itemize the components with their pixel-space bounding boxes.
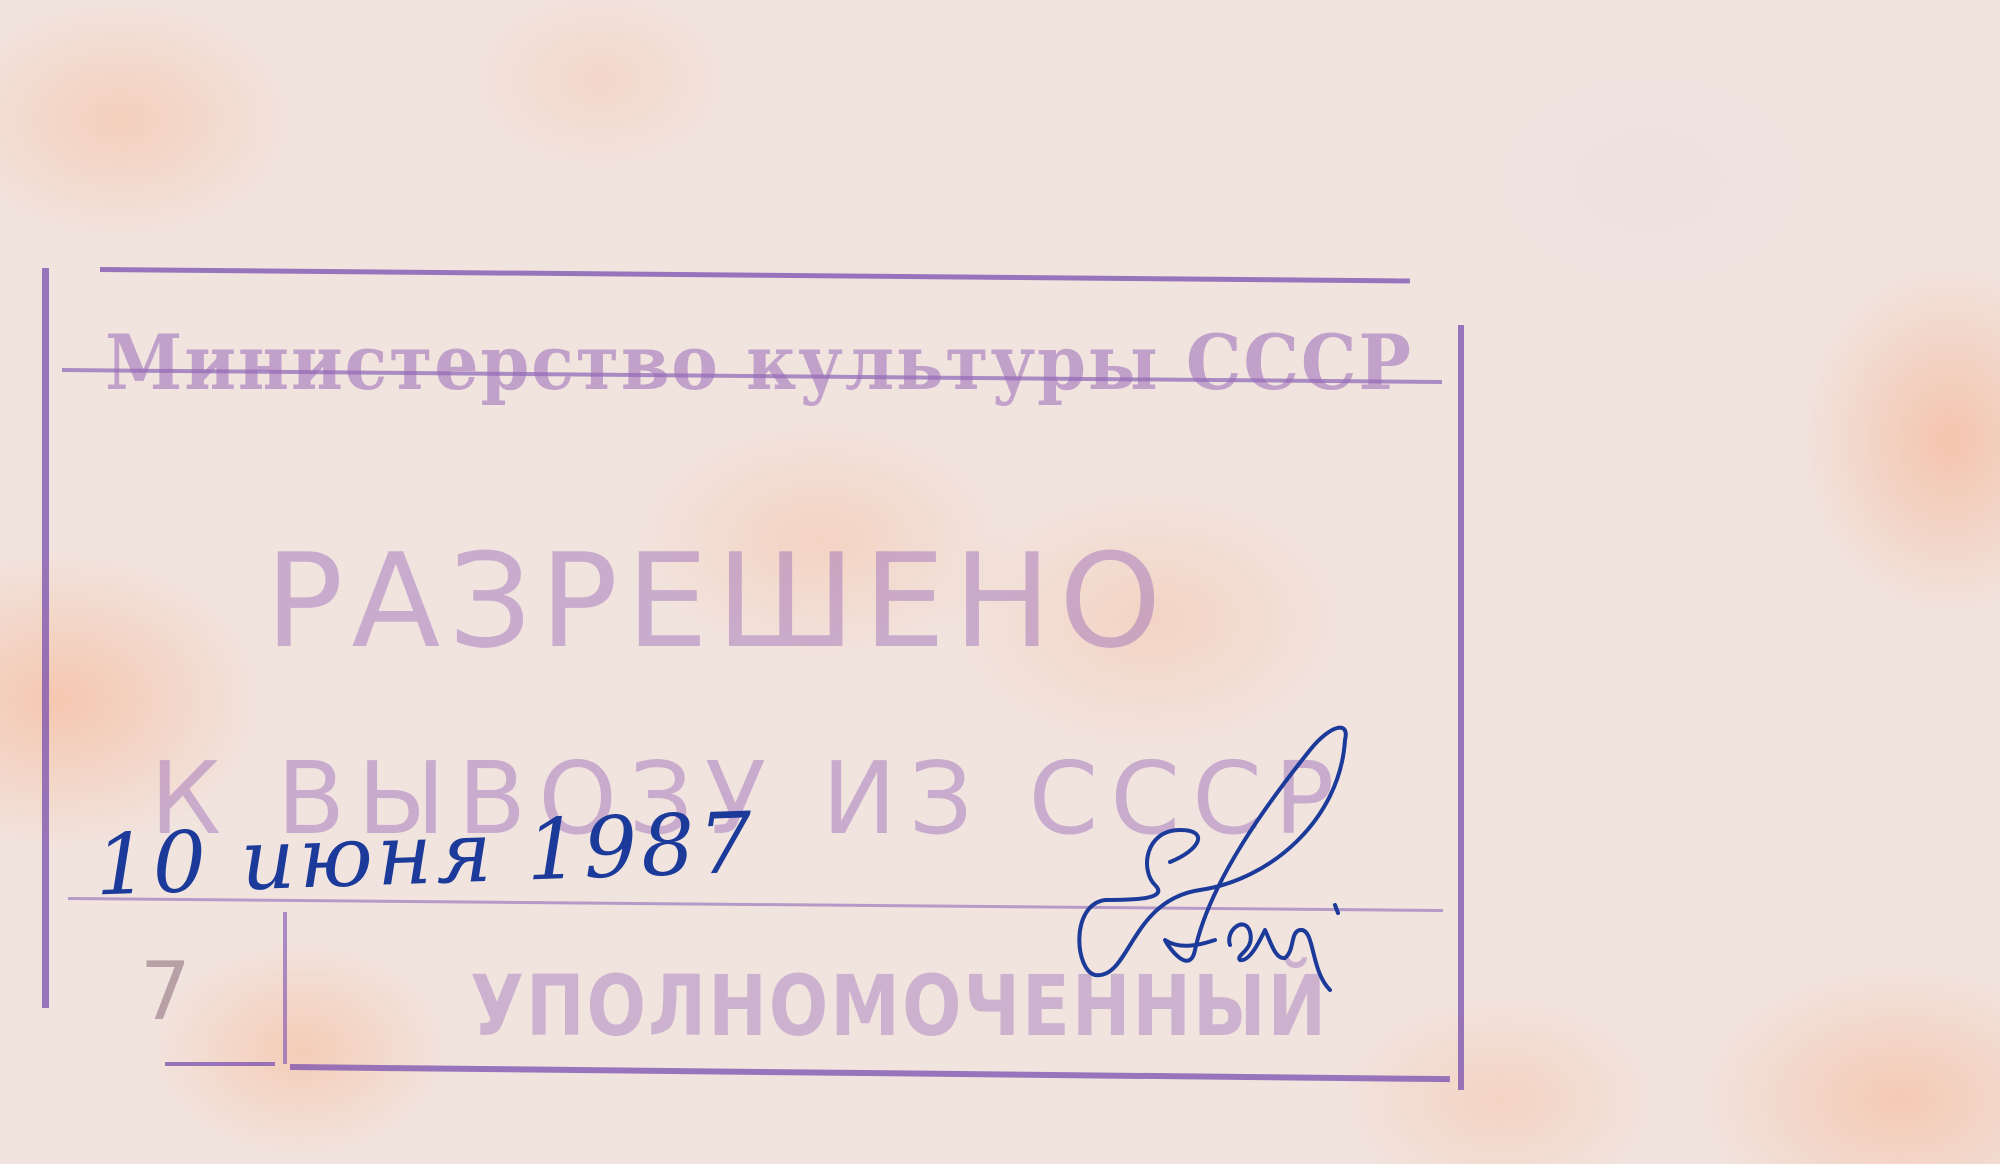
signature-icon xyxy=(1050,700,1450,1020)
stamp-frame-right xyxy=(1458,325,1464,1090)
stamp-ministry-line: Министерство культуры СССР xyxy=(105,318,1413,407)
stamp-frame-left xyxy=(42,268,49,1008)
stamp-permitted: РАЗРЕШЕНО xyxy=(265,525,1169,677)
stamp-divider-vertical xyxy=(283,912,287,1064)
stamp-number: 7 xyxy=(140,945,193,1038)
stamp-frame-bottom-left xyxy=(165,1062,275,1066)
